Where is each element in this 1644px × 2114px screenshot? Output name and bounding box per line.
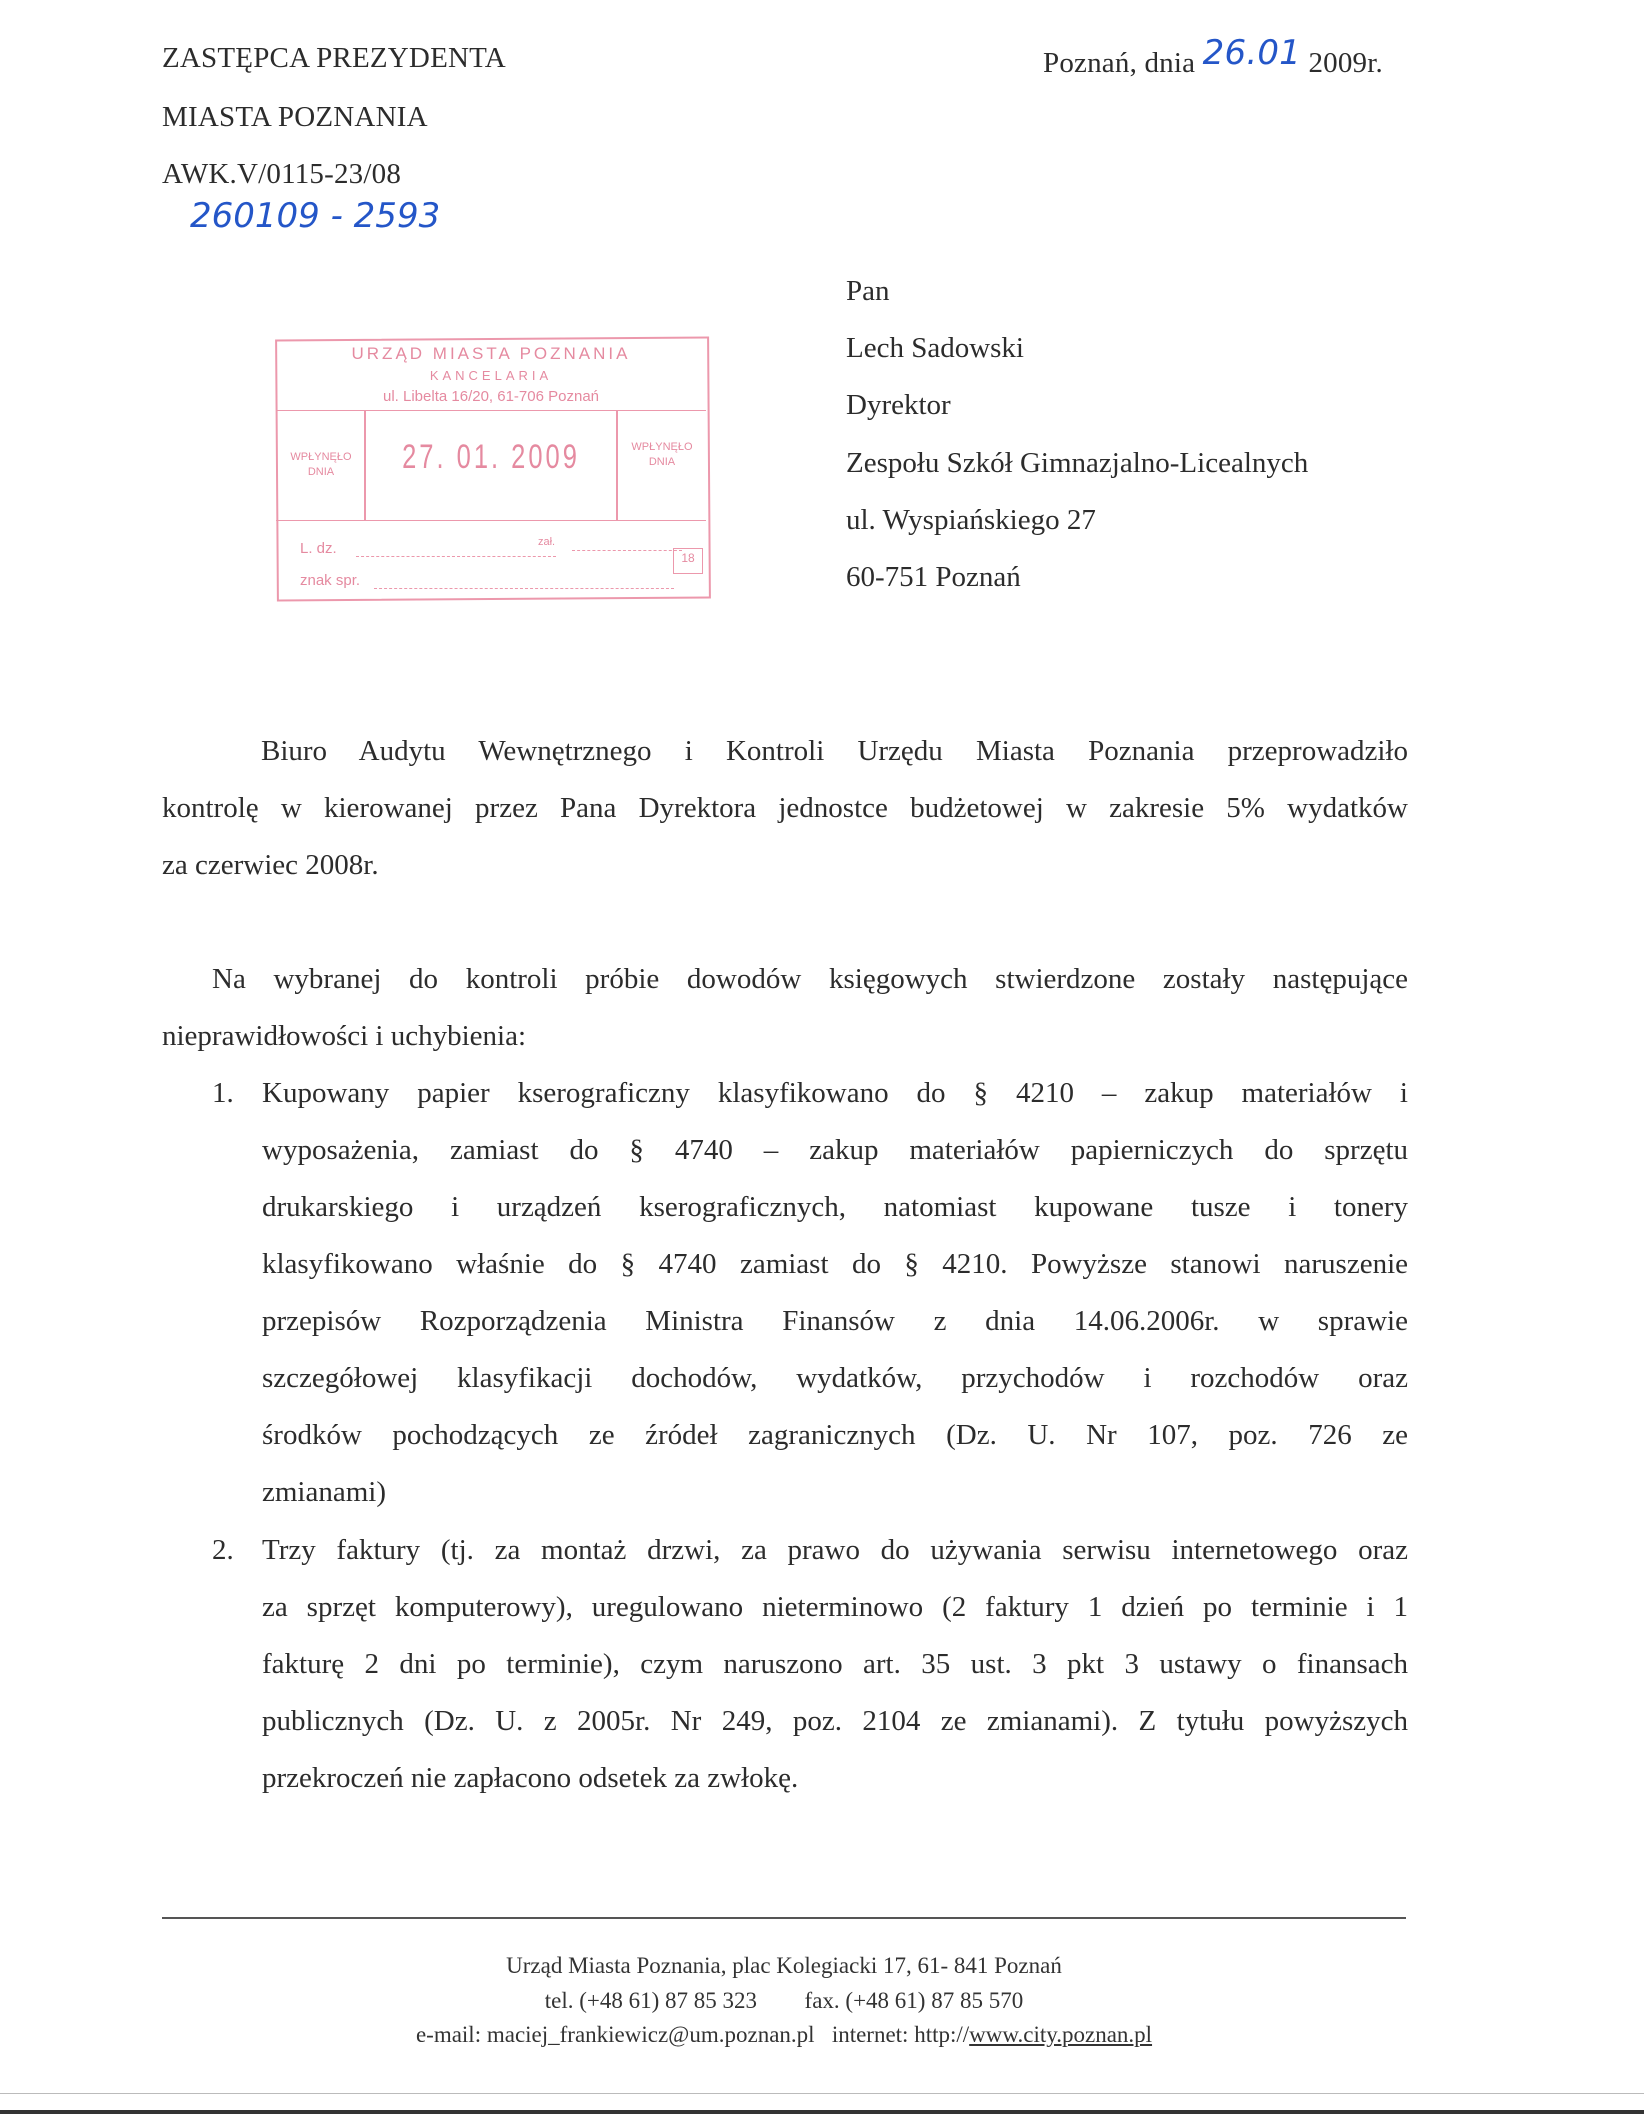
finding-2-text: Trzy faktury (tj. za montaż drzwi, za pr…	[262, 1522, 1408, 1807]
recipient-street: ul. Wyspiańskiego 27	[846, 506, 1096, 535]
handwritten-registry-number: 260109 - 2593	[190, 196, 440, 236]
body-paragraph-1: Biuro Audytu Wewnętrznego i Kontroli Urz…	[162, 723, 1408, 894]
reference-number: AWK.V/0115-23/08	[162, 160, 401, 189]
stamp-znak-label: znak spr.	[300, 572, 360, 589]
footer-tel: tel. (+48 61) 87 85 323	[545, 1988, 757, 2013]
date-suffix: 2009r.	[1308, 47, 1383, 79]
registry-stamp: URZĄD MIASTA POZNANIA KANCELARIA ul. Lib…	[276, 338, 714, 608]
date-line: Poznań, dnia 26.01 2009r.	[1043, 44, 1383, 78]
scan-edge-line	[0, 2093, 1644, 2094]
handwritten-date: 26.01	[1203, 33, 1301, 73]
footer-email: maciej_frankiewicz@um.poznan.pl	[487, 2022, 815, 2047]
footer-contact: e-mail: maciej_frankiewicz@um.poznan.pl …	[162, 2022, 1406, 2048]
finding-1-text: Kupowany papier kserograficzny klasyfiko…	[262, 1065, 1408, 1521]
footer-website-link[interactable]: www.city.poznan.pl	[969, 2022, 1152, 2047]
scan-bottom-edge	[0, 2110, 1644, 2114]
recipient-institution: Zespołu Szkół Gimnazjalno-Licealnych	[846, 449, 1308, 478]
recipient-name: Lech Sadowski	[846, 334, 1024, 363]
footer-address: Urząd Miasta Poznania, plac Kolegiacki 1…	[162, 1953, 1406, 1979]
stamp-box-number: 18	[673, 551, 703, 565]
stamp-subtitle: KANCELARIA	[276, 368, 706, 383]
sender-title-line2: MIASTA POZNANIA	[162, 103, 428, 132]
stamp-date: 27. 01. 2009	[397, 438, 585, 477]
stamp-title: URZĄD MIASTA POZNANIA	[276, 344, 706, 364]
stamp-ldz-label: L. dz.	[300, 540, 337, 557]
date-prefix: Poznań, dnia	[1043, 47, 1195, 79]
stamp-address: ul. Libelta 16/20, 61-706 Poznań	[276, 388, 706, 405]
body-paragraph-2: Na wybranej do kontroli próbie dowodów k…	[162, 951, 1408, 1065]
recipient-city: 60-751 Poznań	[846, 563, 1021, 592]
footer-divider	[162, 1917, 1406, 1919]
recipient-salutation: Pan	[846, 277, 890, 306]
finding-1-number: 1.	[212, 1065, 234, 1122]
finding-2-number: 2.	[212, 1522, 234, 1579]
recipient-title: Dyrektor	[846, 391, 951, 420]
footer-phone-fax: tel. (+48 61) 87 85 323 fax. (+48 61) 87…	[162, 1988, 1406, 2014]
sender-title-line1: ZASTĘPCA PREZYDENTA	[162, 44, 506, 73]
stamp-right-label: WPŁYNĘŁODNIA	[618, 440, 706, 470]
footer-fax: fax. (+48 61) 87 85 570	[805, 1988, 1024, 2013]
stamp-left-label: WPŁYNĘŁODNIA	[278, 450, 364, 480]
stamp-zal-label: zał.	[538, 536, 555, 548]
